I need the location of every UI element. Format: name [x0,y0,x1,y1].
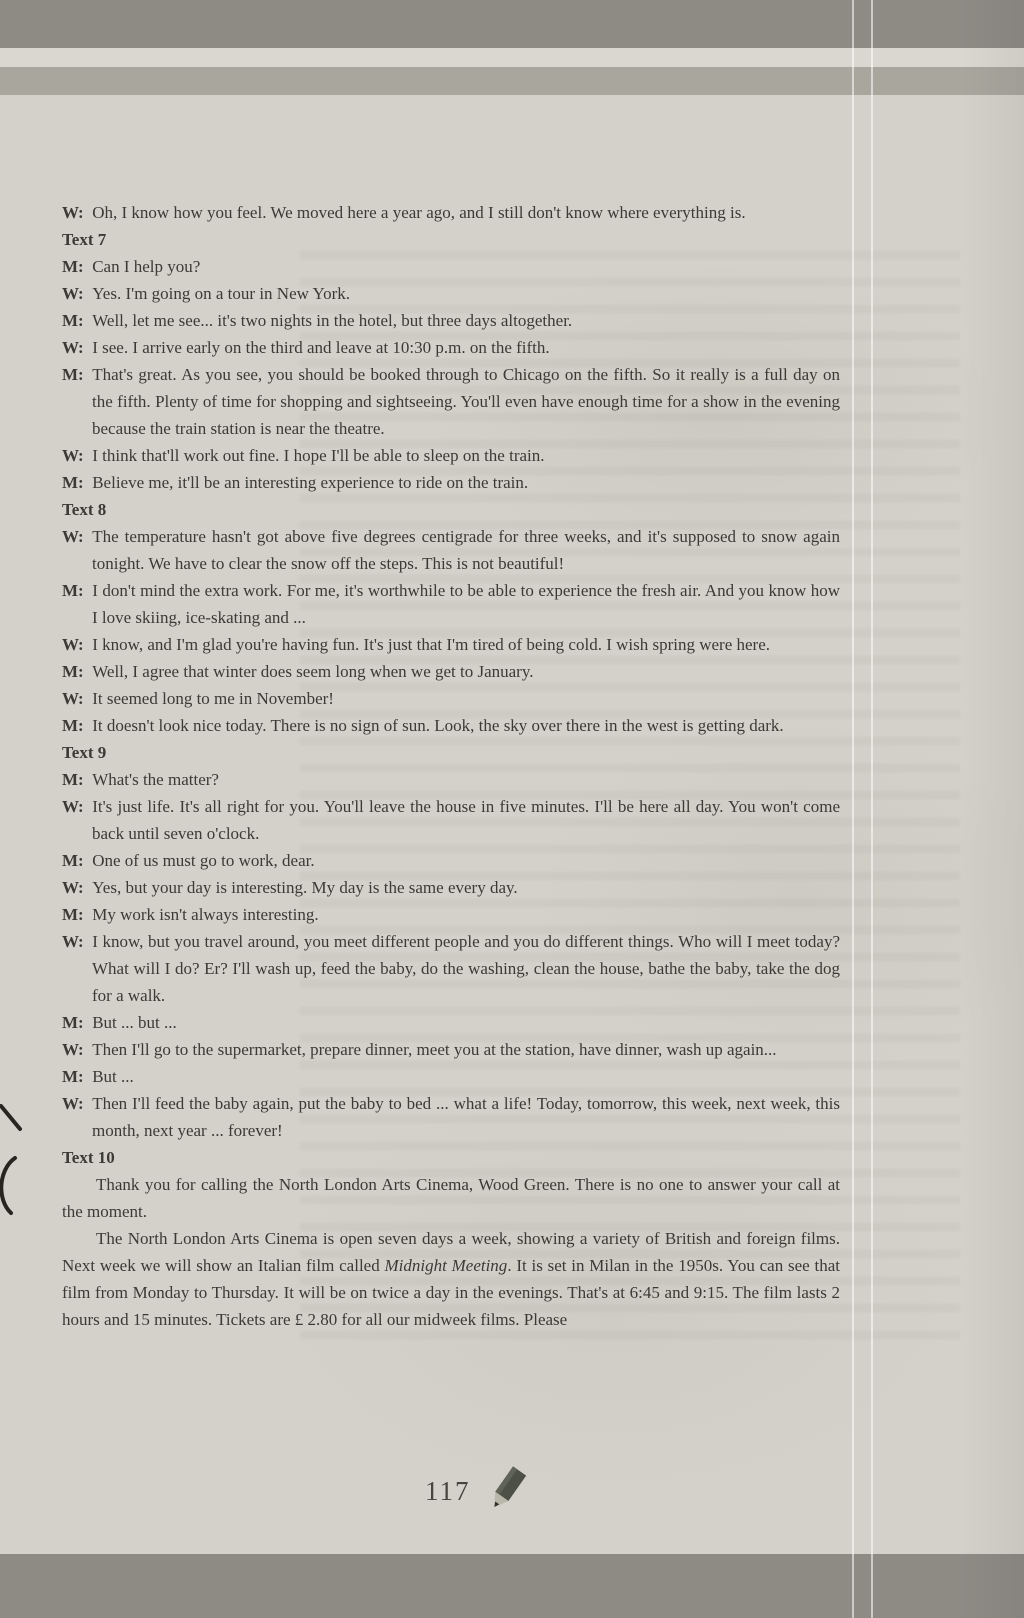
dialogue-line: W: Yes. I'm going on a tour in New York. [62,280,840,307]
speaker-label: M: [62,851,92,870]
dialogue-line: W: It seemed long to me in November! [62,685,840,712]
dialogue-line: M: It doesn't look nice today. There is … [62,712,840,739]
paragraph: Thank you for calling the North London A… [62,1171,840,1225]
scanned-book-page: W: Oh, I know how you feel. We moved her… [0,0,1024,1618]
speaker-label: W: [62,878,92,897]
speaker-label: W: [62,932,92,951]
section-heading: Text 8 [62,496,840,523]
dialogue-line: M: My work isn't always interesting. [62,901,840,928]
speaker-label: M: [62,770,92,789]
page-crease-line [852,0,854,1618]
dialogue-line: W: Oh, I know how you feel. We moved her… [62,199,840,226]
speaker-label: W: [62,689,92,708]
dialogue-line: M: Well, I agree that winter does seem l… [62,658,840,685]
page-edge-shadow [960,0,1024,1618]
dialogue-line: M: Believe me, it'll be an interesting e… [62,469,840,496]
dialogue-line: M: What's the matter? [62,766,840,793]
speaker-label: W: [62,1094,92,1113]
dialogue-line: W: It's just life. It's all right for yo… [62,793,840,847]
speaker-label: W: [62,284,92,303]
speaker-label: M: [62,1067,92,1086]
dialogue-line: M: I don't mind the extra work. For me, … [62,577,840,631]
dialogue-line: M: Well, let me see... it's two nights i… [62,307,840,334]
speaker-label: M: [62,365,92,384]
dialogue-line: M: Can I help you? [62,253,840,280]
dialogue-line: W: I see. I arrive early on the third an… [62,334,840,361]
pen-scribble-mark [0,1100,26,1230]
speaker-label: M: [62,581,92,600]
speaker-label: W: [62,338,92,357]
speaker-label: M: [62,257,92,276]
film-title-italic: Midnight Meeting [385,1256,508,1275]
section-heading: Text 7 [62,226,840,253]
dialogue-line: W: I know, but you travel around, you me… [62,928,840,1009]
speaker-label: W: [62,635,92,654]
dialogue-line: W: Yes, but your day is interesting. My … [62,874,840,901]
speaker-label: M: [62,905,92,924]
speaker-label: W: [62,797,92,816]
dialogue-line: M: But ... but ... [62,1009,840,1036]
section-heading: Text 10 [62,1144,840,1171]
speaker-label: M: [62,311,92,330]
transcript: W: Oh, I know how you feel. We moved her… [62,199,840,1333]
dialogue-line: W: I know, and I'm glad you're having fu… [62,631,840,658]
pencil-icon [484,1462,530,1516]
dialogue-line: W: Then I'll feed the baby again, put th… [62,1090,840,1144]
speaker-label: M: [62,716,92,735]
speaker-label: W: [62,527,92,546]
paragraph: The North London Arts Cinema is open sev… [62,1225,840,1333]
dialogue-line: W: The temperature hasn't got above five… [62,523,840,577]
section-heading: Text 9 [62,739,840,766]
page-crease-line [871,0,873,1618]
dialogue-line: M: One of us must go to work, dear. [62,847,840,874]
speaker-label: W: [62,203,92,222]
speaker-label: M: [62,662,92,681]
speaker-label: M: [62,1013,92,1032]
speaker-label: M: [62,473,92,492]
dialogue-line: W: I think that'll work out fine. I hope… [62,442,840,469]
dialogue-line: W: Then I'll go to the supermarket, prep… [62,1036,840,1063]
page-number: 117 [425,1476,471,1507]
dialogue-line: M: But ... [62,1063,840,1090]
paragraph-text: Thank you for calling the North London A… [62,1175,840,1221]
speaker-label: W: [62,1040,92,1059]
speaker-label: W: [62,446,92,465]
dialogue-line: M: That's great. As you see, you should … [62,361,840,442]
